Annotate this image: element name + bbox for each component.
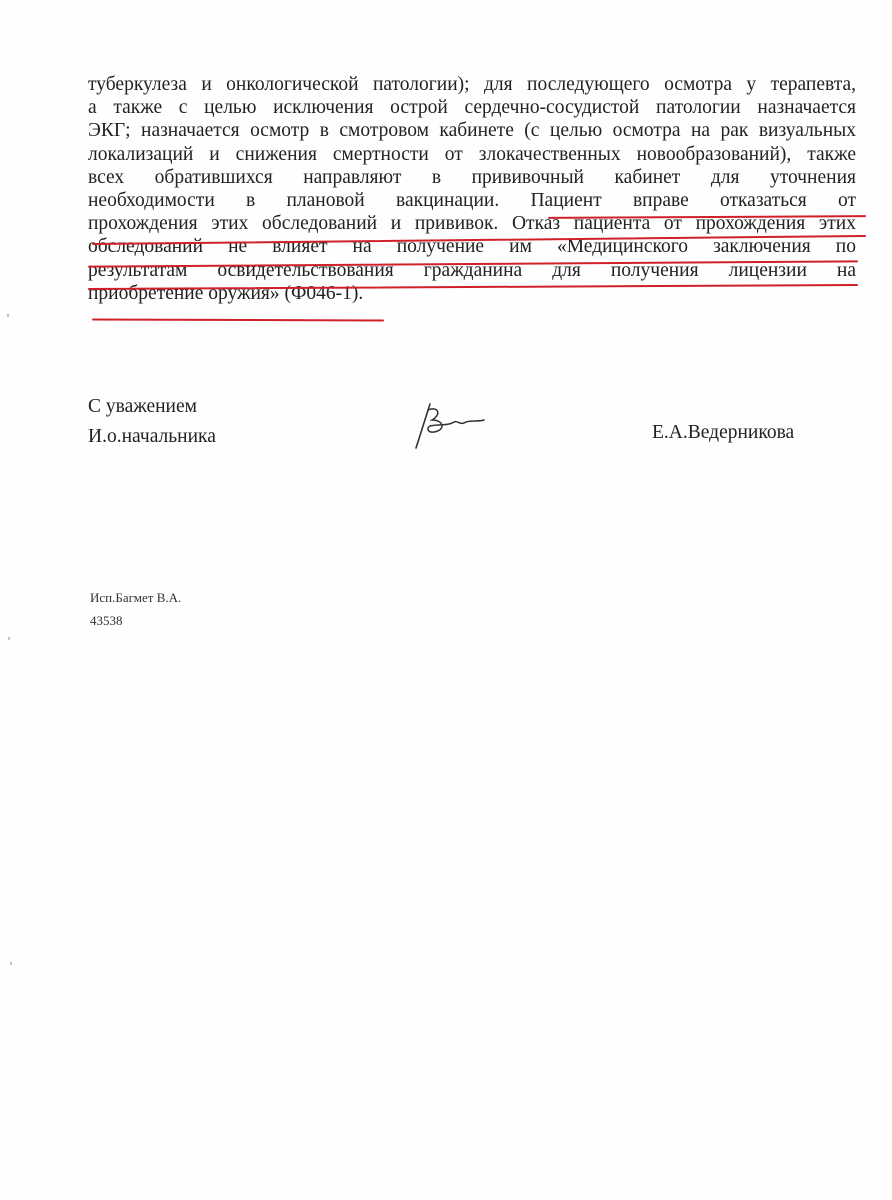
paragraph-line: локализаций и снижения смертности от зло… (88, 143, 856, 166)
executor-phone: 43538 (90, 613, 123, 629)
paragraph-line: необходимости в плановой вакцинации. Пац… (88, 189, 856, 212)
handwritten-signature (408, 400, 488, 452)
closing-regards: С уважением (88, 396, 197, 418)
scan-speck (7, 314, 9, 317)
paragraph-line: ЭКГ; назначается осмотр в смотровом каби… (88, 119, 856, 142)
signer-position: И.о.начальника (88, 426, 216, 448)
paragraph-line: туберкулеза и онкологической патологии);… (88, 73, 856, 96)
document-page: туберкулеза и онкологической патологии);… (0, 0, 892, 1200)
scan-speck (8, 637, 10, 640)
paragraph-line: а также с целью исключения острой сердеч… (88, 96, 856, 119)
scan-speck (10, 962, 12, 965)
paragraph-line: всех обратившихся направляют в прививочн… (88, 166, 856, 189)
red-underline-mark (92, 318, 384, 321)
executor-name: Исп.Багмет В.А. (90, 590, 181, 606)
letter-body-paragraph: туберкулеза и онкологической патологии);… (88, 73, 856, 305)
signer-name: Е.А.Ведерникова (652, 422, 794, 444)
